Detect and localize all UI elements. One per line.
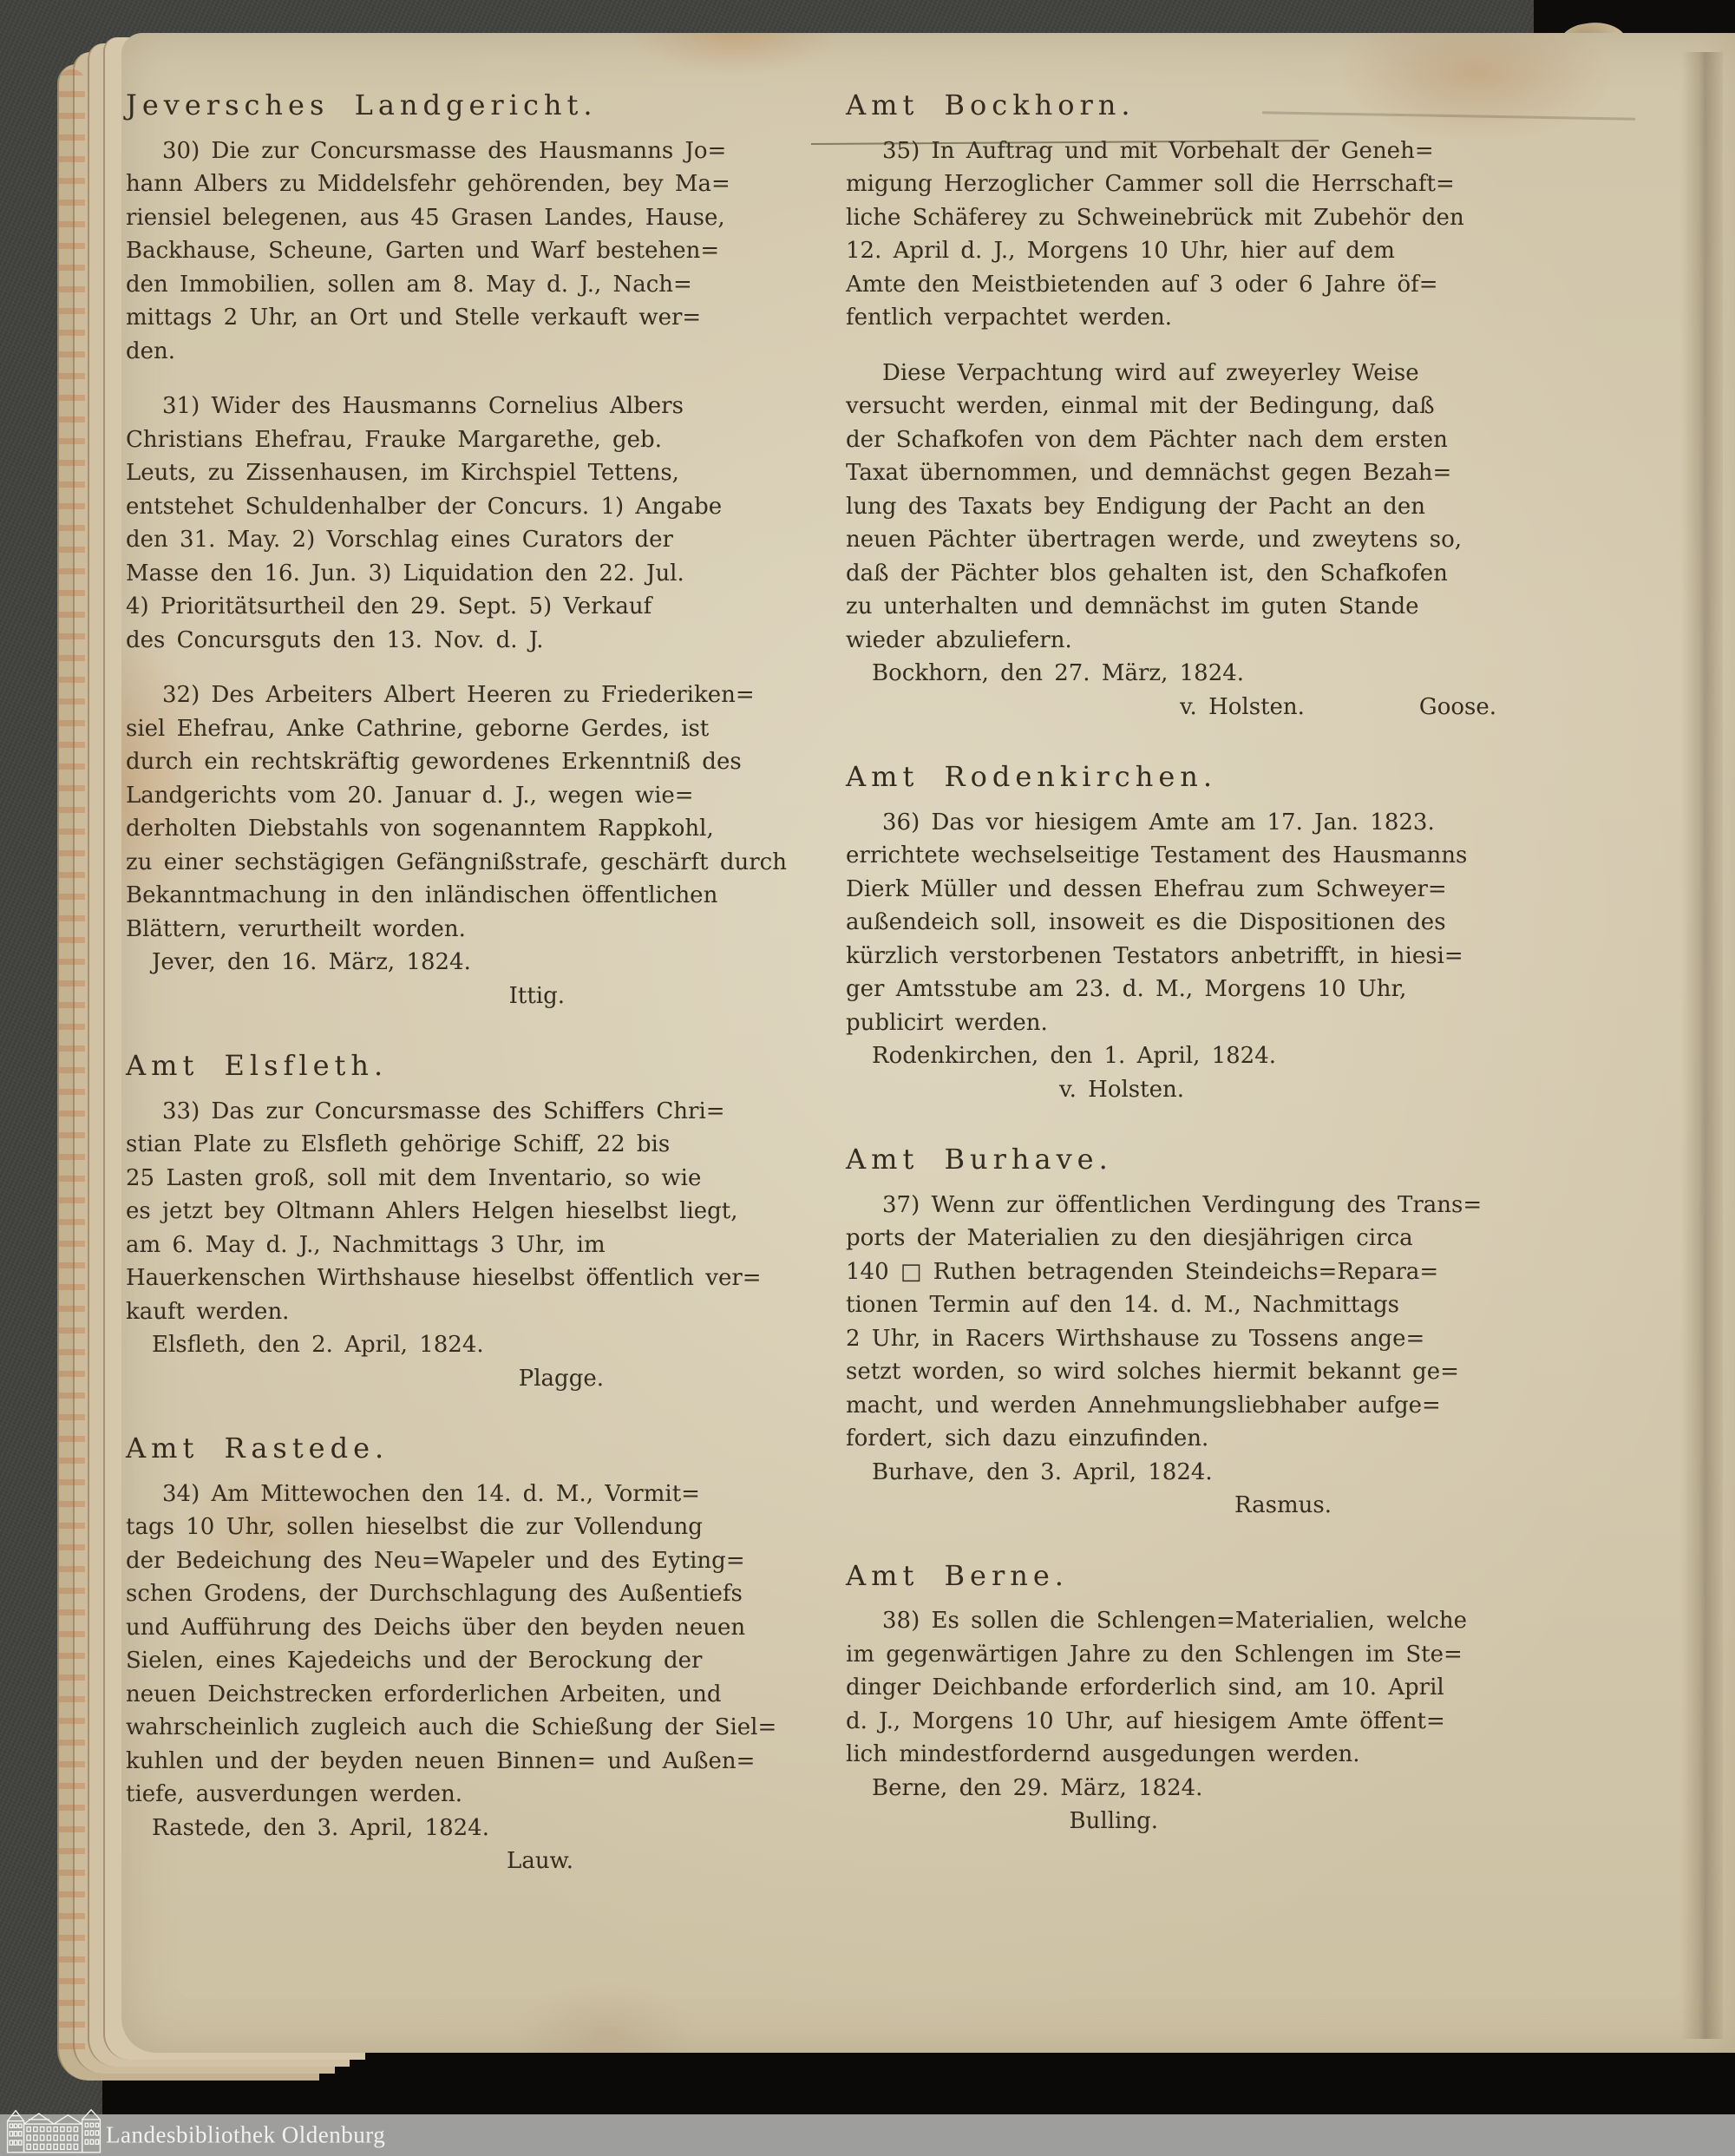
signature-row: Lauw. [126,1845,825,1878]
notice-30: 30) Die zur Concursmasse des Hausmanns J… [126,134,825,369]
notice-34: 34) Am Mittewochen den 14. d. M., Vormit… [126,1478,825,1812]
signature-row: v. Holsten. [846,1073,1557,1107]
library-watermark-bar: Landesbibliothek Oldenburg [0,2114,1735,2156]
section-heading: Amt Rastede. [126,1432,825,1465]
section-amt-burhave: Amt Burhave. 37) Wenn zur öffentlichen V… [846,1143,1557,1523]
section-heading: Amt Burhave. [846,1143,1557,1176]
section-amt-bockhorn: Amt Bockhorn. 35) In Auftrag und mit Vor… [846,88,1557,724]
section-heading: Amt Bockhorn. [846,88,1557,122]
signature: v. Holsten. [1180,691,1305,724]
notice-33: 33) Das zur Concursmasse des Schiffers C… [126,1095,825,1329]
notice-37: 37) Wenn zur öffentlichen Verdingung des… [846,1189,1557,1456]
right-column: Amt Bockhorn. 35) In Auftrag und mit Vor… [846,88,1557,1838]
notice-35-continued: Diese Verpachtung wird auf zweyerley Wei… [846,357,1557,658]
section-amt-berne: Amt Berne. 38) Es sollen die Schlengen=M… [846,1559,1557,1838]
signature: Plagge. [519,1362,604,1396]
dateline: Bockhorn, den 27. März, 1824. [846,657,1557,691]
paper-crease [1681,52,1723,2039]
section-amt-rodenkirchen: Amt Rodenkirchen. 36) Das vor hiesigem A… [846,760,1557,1106]
dateline: Burhave, den 3. April, 1824. [846,1456,1557,1490]
library-building-icon [5,2105,102,2155]
notice-32: 32) Des Arbeiters Albert Heeren zu Fried… [126,678,825,946]
library-name-label: Landesbibliothek Oldenburg [106,2122,385,2149]
section-amt-rastede: Amt Rastede. 34) Am Mittewochen den 14. … [126,1432,825,1878]
signature-row: v. Holsten. Goose. [846,691,1557,724]
signature: Rasmus. [1234,1489,1332,1523]
section-amt-elsfleth: Amt Elsfleth. 33) Das zur Concursmasse d… [126,1049,825,1395]
section-heading: Amt Berne. [846,1559,1557,1593]
dateline: Rastede, den 3. April, 1824. [126,1812,825,1845]
section-heading: Amt Rodenkirchen. [846,760,1557,794]
left-column: Jeversches Landgericht. 30) Die zur Conc… [126,88,825,1878]
dateline: Jever, den 16. März, 1824. [126,946,825,980]
notice-38: 38) Es sollen die Schlengen=Materialien,… [846,1604,1557,1772]
dateline: Elsfleth, den 2. April, 1824. [126,1328,825,1362]
signature-row: Bulling. [846,1805,1557,1838]
signature-row: Ittig. [126,980,825,1013]
dateline: Berne, den 29. März, 1824. [846,1772,1557,1805]
section-heading: Jeversches Landgericht. [126,88,825,122]
section-jeversches-landgericht: Jeversches Landgericht. 30) Die zur Conc… [126,88,825,1012]
signature: Goose. [1419,691,1496,724]
notice-31: 31) Wider des Hausmanns Cornelius Albers… [126,390,825,657]
notice-35: 35) In Auftrag und mit Vorbehalt der Gen… [846,134,1557,335]
signature: Ittig. [509,980,565,1013]
signature: Lauw. [507,1845,573,1878]
page-edge-speckle [59,69,85,2065]
scanned-book-page-view: { "footer": { "label": "Landesbibliothek… [0,0,1735,2156]
signature: Bulling. [1070,1805,1158,1838]
signature-row: Plagge. [126,1362,825,1396]
signature: v. Holsten. [1059,1073,1184,1107]
dateline: Rodenkirchen, den 1. April, 1824. [846,1039,1557,1073]
section-heading: Amt Elsfleth. [126,1049,825,1083]
signature-row: Rasmus. [846,1489,1557,1523]
notice-36: 36) Das vor hiesigem Amte am 17. Jan. 18… [846,806,1557,1040]
